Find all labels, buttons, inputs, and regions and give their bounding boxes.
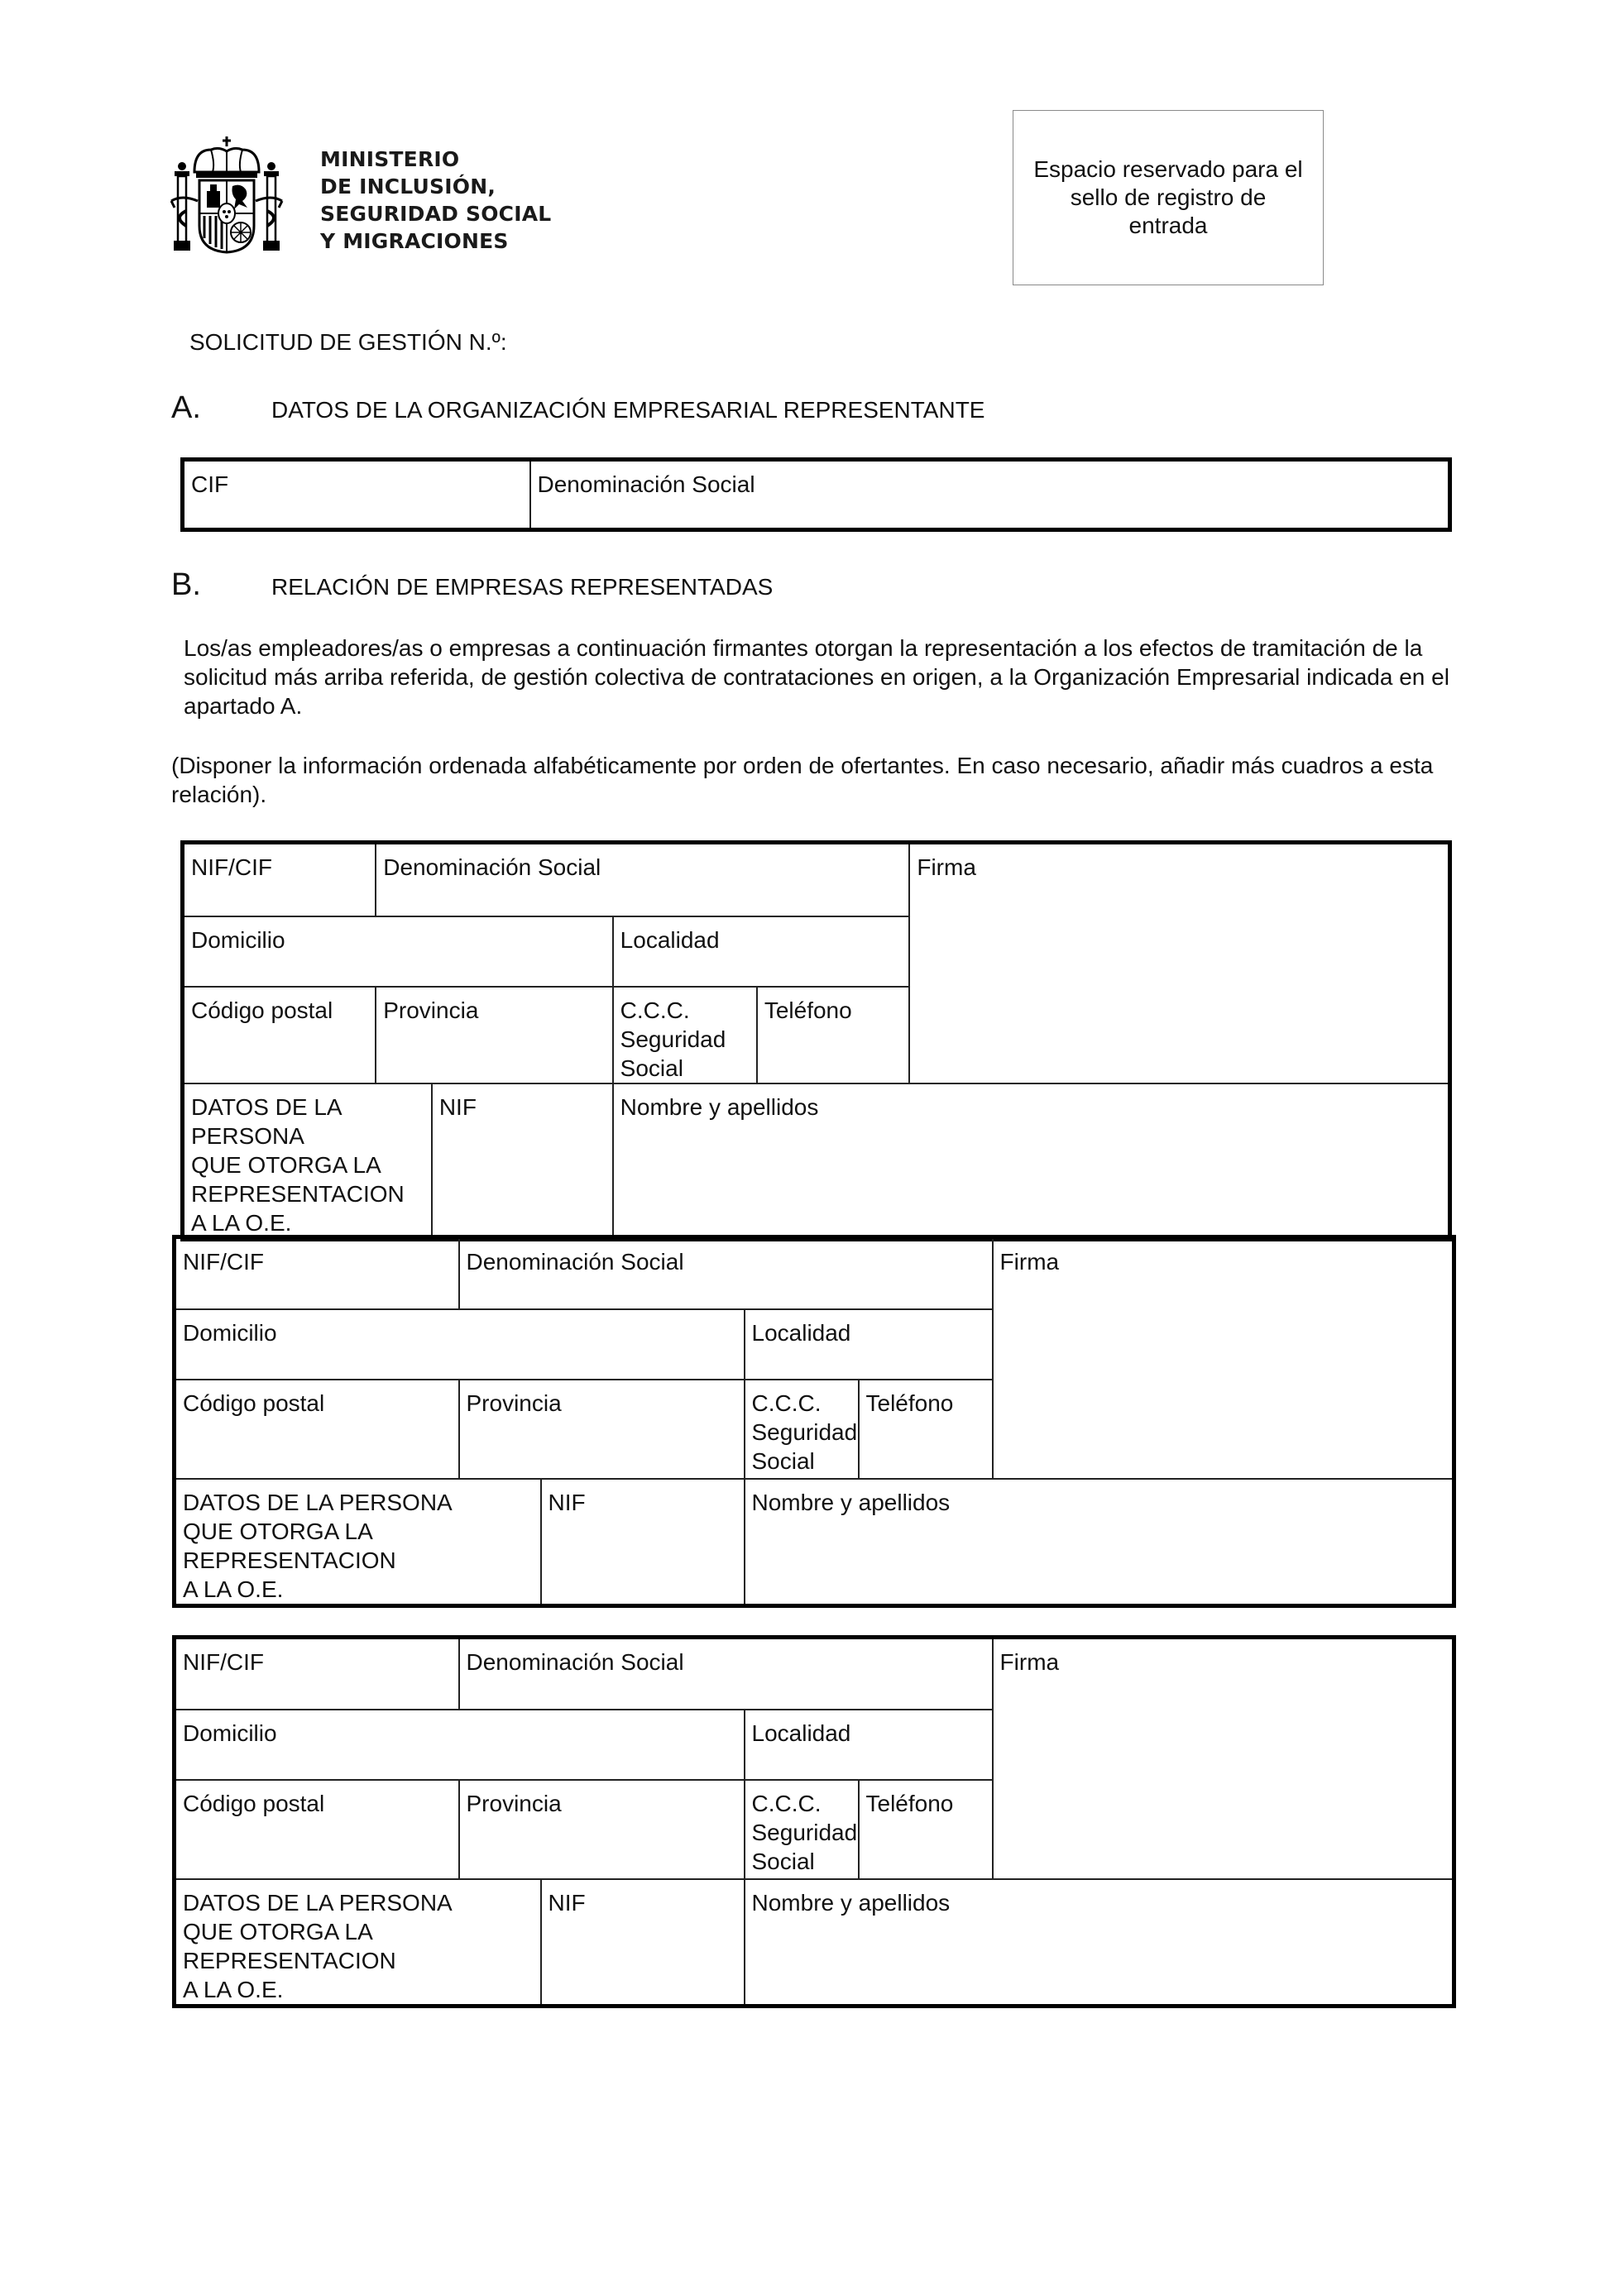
denominacion-label: Denominación Social (467, 1249, 684, 1275)
codigo-postal-field[interactable]: Código postal (175, 1380, 459, 1479)
section-a-letter: A. (171, 390, 201, 426)
ministry-line: SEGURIDAD SOCIAL (320, 200, 551, 227)
provincia-label: Provincia (467, 1791, 562, 1816)
codigo-postal-label: Código postal (183, 1791, 324, 1816)
section-b-letter: B. (171, 567, 201, 603)
codigo-postal-label: Código postal (183, 1390, 324, 1416)
telefono-field[interactable]: Teléfono (859, 1780, 993, 1879)
ministry-line: Y MIGRACIONES (320, 227, 551, 255)
registry-stamp-box: Espacio reservado para el sello de regis… (1013, 110, 1324, 285)
persona-otorga-field[interactable]: DATOS DE LA PERSONA QUE OTORGA LA REPRES… (175, 1479, 541, 1606)
provincia-label: Provincia (467, 1390, 562, 1416)
spain-coat-of-arms-icon (170, 135, 284, 255)
persona-nombre-field[interactable]: Nombre y apellidos (613, 1083, 1450, 1240)
company-table-3: NIF/CIFDenominación SocialFirmaDomicilio… (172, 1635, 1456, 2008)
persona-nombre-label: Nombre y apellidos (752, 1890, 951, 1916)
localidad-field[interactable]: Localidad (613, 916, 910, 987)
domicilio-field[interactable]: Domicilio (175, 1309, 745, 1380)
domicilio-field[interactable]: Domicilio (183, 916, 613, 987)
domicilio-label: Domicilio (183, 1320, 277, 1346)
ccc-label: C.C.C. Seguridad Social (752, 1390, 858, 1474)
persona-nombre-field[interactable]: Nombre y apellidos (745, 1879, 1454, 2007)
domicilio-label: Domicilio (183, 1720, 277, 1746)
domicilio-label: Domicilio (191, 927, 285, 953)
localidad-label: Localidad (620, 927, 720, 953)
section-b-title: RELACIÓN DE EMPRESAS REPRESENTADAS (271, 574, 773, 600)
ministry-line: DE INCLUSIÓN, (320, 173, 551, 200)
section-a-title: DATOS DE LA ORGANIZACIÓN EMPRESARIAL REP… (271, 397, 984, 423)
ccc-label: C.C.C. Seguridad Social (752, 1791, 858, 1874)
nif-cif-field[interactable]: NIF/CIF (183, 843, 376, 916)
telefono-label: Teléfono (866, 1791, 954, 1816)
firma-label: Firma (917, 854, 976, 880)
persona-nif-label: NIF (549, 1890, 586, 1916)
telefono-label: Teléfono (866, 1390, 954, 1416)
request-number-label: SOLICITUD DE GESTIÓN N.º: (189, 329, 507, 356)
denominacion-label: Denominación Social (467, 1649, 684, 1675)
firma-field[interactable]: Firma (993, 1237, 1454, 1479)
cif-field[interactable]: CIF (183, 460, 530, 530)
nif-cif-label: NIF/CIF (183, 1649, 264, 1675)
denominacion-field[interactable]: Denominación Social (459, 1638, 993, 1710)
denominacion-field[interactable]: Denominación Social (376, 843, 909, 916)
persona-nif-field[interactable]: NIF (541, 1879, 745, 2007)
ccc-label: C.C.C. Seguridad Social (620, 997, 726, 1081)
telefono-label: Teléfono (764, 997, 852, 1023)
telefono-field[interactable]: Teléfono (859, 1380, 993, 1479)
persona-nombre-field[interactable]: Nombre y apellidos (745, 1479, 1454, 1606)
persona-nif-label: NIF (439, 1094, 477, 1120)
denominacion-field[interactable]: Denominación Social (459, 1237, 993, 1309)
ministry-line: MINISTERIO (320, 146, 551, 173)
provincia-label: Provincia (383, 997, 478, 1023)
persona-otorga-field[interactable]: DATOS DE LA PERSONA QUE OTORGA LA REPRES… (175, 1879, 541, 2007)
telefono-field[interactable]: Teléfono (757, 987, 910, 1083)
denominacion-label: Denominación Social (538, 471, 755, 497)
denominacion-field[interactable]: Denominación Social (530, 460, 1450, 530)
persona-nif-field[interactable]: NIF (541, 1479, 745, 1606)
ccc-field[interactable]: C.C.C. Seguridad Social (613, 987, 757, 1083)
nif-cif-label: NIF/CIF (183, 1249, 264, 1275)
persona-nif-field[interactable]: NIF (432, 1083, 613, 1240)
nif-cif-field[interactable]: NIF/CIF (175, 1237, 459, 1309)
firma-label: Firma (1000, 1649, 1060, 1675)
codigo-postal-field[interactable]: Código postal (175, 1780, 459, 1879)
ccc-field[interactable]: C.C.C. Seguridad Social (745, 1380, 859, 1479)
firma-field[interactable]: Firma (993, 1638, 1454, 1879)
localidad-field[interactable]: Localidad (745, 1309, 993, 1380)
ordering-note: (Disponer la información ordenada alfabé… (171, 751, 1462, 809)
provincia-field[interactable]: Provincia (459, 1380, 745, 1479)
persona-otorga-label: DATOS DE LA PERSONA QUE OTORGA LA REPRES… (191, 1094, 405, 1236)
stamp-box-text: Espacio reservado para el sello de regis… (1030, 155, 1306, 240)
representation-paragraph: Los/as empleadores/as o empresas a conti… (184, 634, 1458, 720)
firma-field[interactable]: Firma (909, 843, 1449, 1083)
localidad-field[interactable]: Localidad (745, 1710, 993, 1780)
company-table-1: NIF/CIFDenominación SocialFirmaDomicilio… (180, 840, 1452, 1241)
cif-label: CIF (191, 471, 228, 497)
denominacion-label: Denominación Social (383, 854, 601, 880)
nif-cif-label: NIF/CIF (191, 854, 272, 880)
ministry-name: MINISTERIO DE INCLUSIÓN, SEGURIDAD SOCIA… (320, 146, 551, 255)
persona-nombre-label: Nombre y apellidos (752, 1490, 951, 1515)
persona-nif-label: NIF (549, 1490, 586, 1515)
nif-cif-field[interactable]: NIF/CIF (175, 1638, 459, 1710)
firma-label: Firma (1000, 1249, 1060, 1275)
company-table-2: NIF/CIFDenominación SocialFirmaDomicilio… (172, 1235, 1456, 1608)
persona-otorga-field[interactable]: DATOS DE LA PERSONA QUE OTORGA LA REPRES… (183, 1083, 432, 1240)
provincia-field[interactable]: Provincia (376, 987, 612, 1083)
codigo-postal-field[interactable]: Código postal (183, 987, 376, 1083)
provincia-field[interactable]: Provincia (459, 1780, 745, 1879)
persona-otorga-label: DATOS DE LA PERSONA QUE OTORGA LA REPRES… (183, 1890, 453, 2002)
persona-otorga-label: DATOS DE LA PERSONA QUE OTORGA LA REPRES… (183, 1490, 453, 1602)
codigo-postal-label: Código postal (191, 997, 333, 1023)
persona-nombre-label: Nombre y apellidos (620, 1094, 819, 1120)
organization-table: CIF Denominación Social (180, 457, 1452, 532)
localidad-label: Localidad (752, 1320, 851, 1346)
ccc-field[interactable]: C.C.C. Seguridad Social (745, 1780, 859, 1879)
localidad-label: Localidad (752, 1720, 851, 1746)
domicilio-field[interactable]: Domicilio (175, 1710, 745, 1780)
